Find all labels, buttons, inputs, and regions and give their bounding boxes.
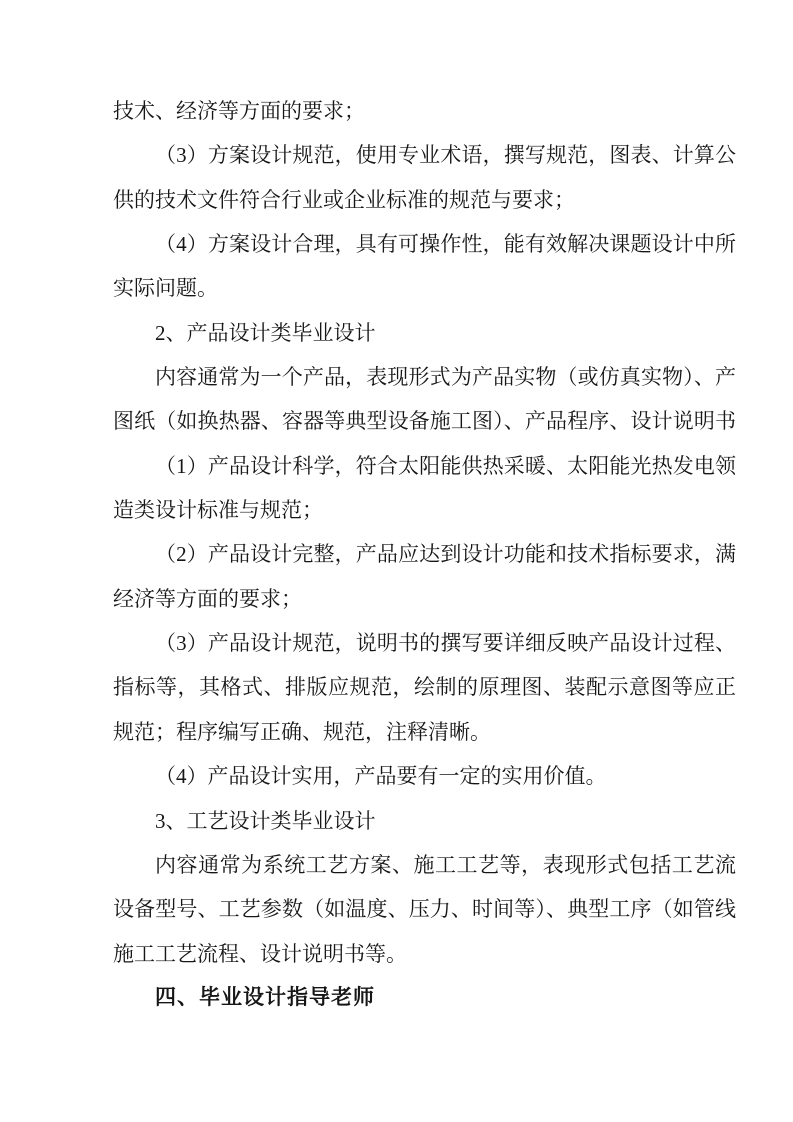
text-line: 3、工艺设计类毕业设计: [113, 799, 736, 843]
text-line: 造类设计标准与规范；: [113, 488, 736, 532]
text-line: 供的技术文件符合行业或企业标准的规范与要求；: [113, 178, 736, 222]
text-line: 图纸（如换热器、容器等典型设备施工图）、产品程序、设计说明书等。: [113, 399, 736, 443]
text-line: 规范；程序编写正确、规范，注释清晰。: [113, 710, 736, 754]
text-line: 指标等，其格式、排版应规范，绘制的原理图、装配示意图等应正确、清晰、: [113, 665, 736, 709]
text-line: 内容通常为一个产品，表现形式为产品实物（或仿真实物）、产品设计: [113, 355, 736, 399]
text-line: （3）产品设计规范，说明书的撰写要详细反映产品设计过程、产品性能: [113, 621, 736, 665]
text-line: 经济等方面的要求；: [113, 577, 736, 621]
text-line: 设备型号、工艺参数（如温度、压力、时间等）、典型工序（如管线保温）: [113, 887, 736, 931]
text-line: 内容通常为系统工艺方案、施工工艺等，表现形式包括工艺流程、工艺: [113, 843, 736, 887]
text-line: 技术、经济等方面的要求；: [113, 89, 736, 133]
text-line: （2）产品设计完整，产品应达到设计功能和技术指标要求，满足技术、: [113, 532, 736, 576]
text-line: （4）方案设计合理，具有可操作性，能有效解决课题设计中所要解决的: [113, 222, 736, 266]
text-line: （4）产品设计实用，产品要有一定的实用价值。: [113, 754, 736, 798]
section-heading: 四、毕业设计指导老师: [113, 976, 736, 1020]
text-line: 2、产品设计类毕业设计: [113, 311, 736, 355]
document-page: 技术、经济等方面的要求；（3）方案设计规范，使用专业术语，撰写规范，图表、计算公…: [0, 0, 793, 1122]
document-body: 技术、经济等方面的要求；（3）方案设计规范，使用专业术语，撰写规范，图表、计算公…: [113, 89, 736, 1020]
text-line: 施工工艺流程、设计说明书等。: [113, 932, 736, 976]
text-line: （1）产品设计科学，符合太阳能供热采暖、太阳能光热发电领域装备制: [113, 444, 736, 488]
text-line: （3）方案设计规范，使用专业术语，撰写规范，图表、计算公式和需提: [113, 133, 736, 177]
text-line: 实际问题。: [113, 266, 736, 310]
